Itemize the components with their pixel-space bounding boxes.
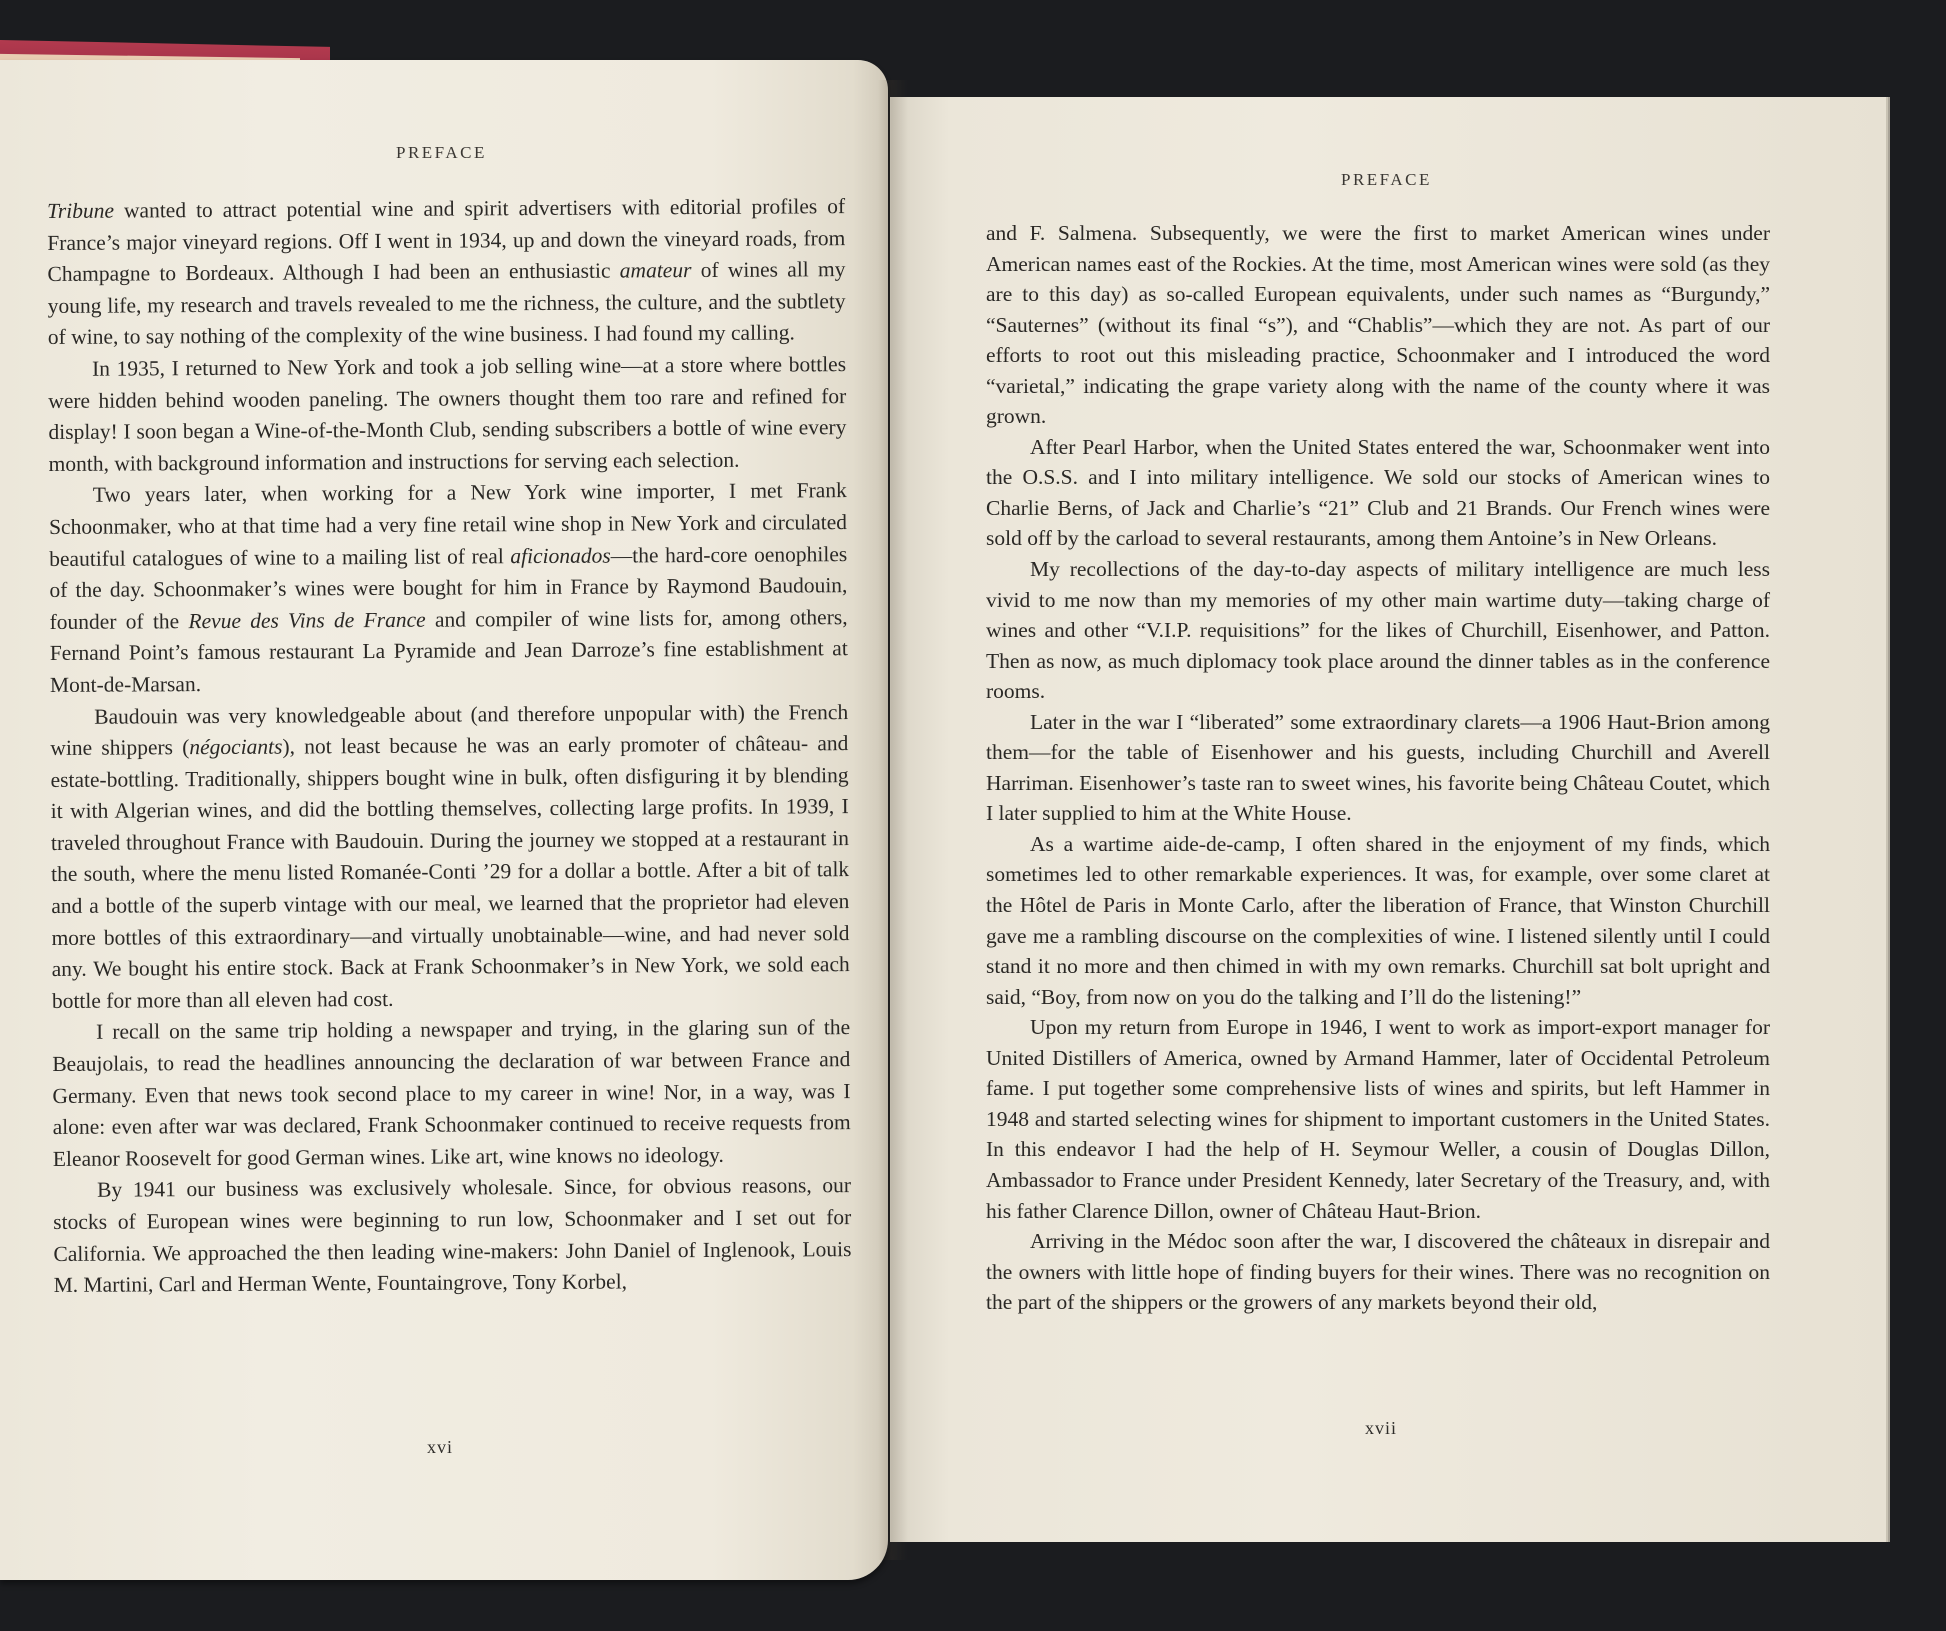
text-run: ), not least because he was an early pro…	[50, 731, 849, 1013]
paragraph: and F. Salmena. Subsequently, we were th…	[986, 218, 1770, 432]
text-run: Upon my return from Europe in 1946, I we…	[986, 1015, 1770, 1222]
paragraph: Tribune wanted to attract potential wine…	[47, 191, 846, 354]
paragraph: Later in the war I “liberated” some extr…	[986, 707, 1770, 829]
paragraph: After Pearl Harbor, when the United Stat…	[986, 432, 1770, 554]
left-running-head: PREFACE	[396, 143, 487, 163]
italic-text: aficionados	[510, 543, 610, 568]
book-gutter	[878, 80, 908, 1560]
text-run: and F. Salmena. Subsequently, we were th…	[986, 221, 1770, 428]
paragraph: Upon my return from Europe in 1946, I we…	[986, 1012, 1770, 1226]
left-page-body: Tribune wanted to attract potential wine…	[47, 191, 852, 1302]
text-run: I recall on the same trip holding a news…	[52, 1016, 851, 1171]
right-running-head: PREFACE	[1341, 170, 1432, 190]
paragraph: I recall on the same trip holding a news…	[52, 1013, 851, 1176]
paragraph: In 1935, I returned to New York and took…	[48, 349, 847, 480]
italic-text: négociants	[189, 735, 282, 760]
text-run: In 1935, I returned to New York and took…	[48, 352, 846, 476]
left-page-number: xvi	[427, 1437, 453, 1458]
right-page-number: xvii	[1365, 1418, 1397, 1439]
italic-text: Revue des Vins de France	[188, 607, 425, 632]
paragraph: Arriving in the Médoc soon after the war…	[986, 1226, 1770, 1318]
paragraph: My recollections of the day-to-day aspec…	[986, 554, 1770, 707]
paragraph: Two years later, when working for a New …	[49, 475, 848, 701]
italic-text: Tribune	[47, 199, 114, 223]
text-run: Later in the war I “liberated” some extr…	[986, 710, 1770, 826]
text-run: After Pearl Harbor, when the United Stat…	[986, 435, 1770, 551]
paragraph: As a wartime aide-de-camp, I often share…	[986, 829, 1770, 1012]
text-run: My recollections of the day-to-day aspec…	[986, 557, 1770, 703]
text-run: As a wartime aide-de-camp, I often share…	[986, 832, 1770, 1009]
paragraph: Baudouin was very knowledgeable about (a…	[50, 697, 850, 1018]
text-run: By 1941 our business was exclusively who…	[53, 1174, 851, 1298]
text-run: Arriving in the Médoc soon after the war…	[986, 1229, 1770, 1314]
right-page-body: and F. Salmena. Subsequently, we were th…	[986, 218, 1770, 1318]
italic-text: amateur	[620, 258, 692, 282]
paragraph: By 1941 our business was exclusively who…	[53, 1171, 852, 1302]
